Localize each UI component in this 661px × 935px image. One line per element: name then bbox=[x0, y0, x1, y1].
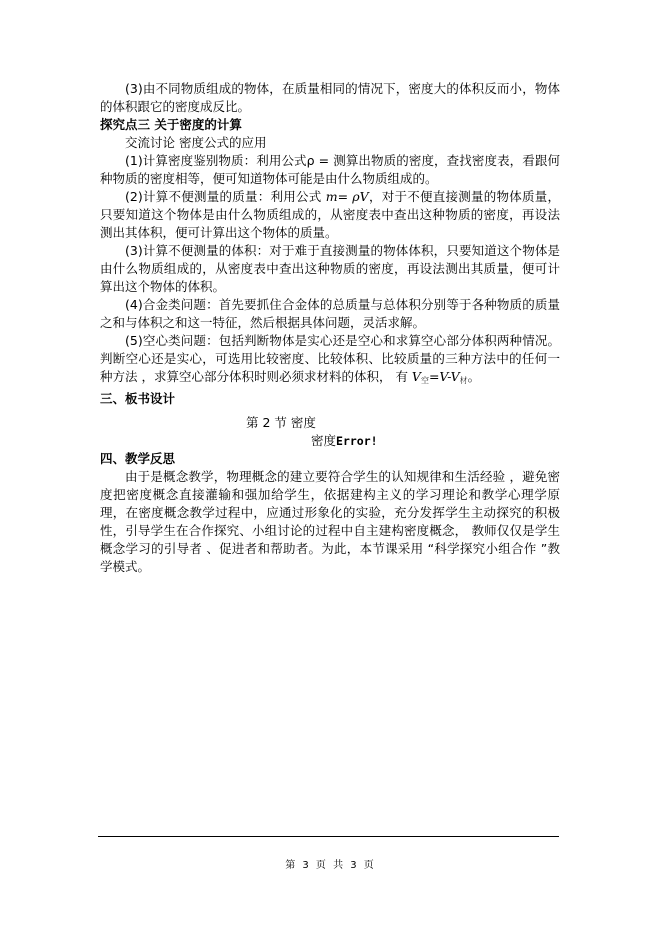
field-error-text: Error! bbox=[336, 434, 378, 448]
formula-v-hollow: V bbox=[412, 369, 421, 384]
formula-mass: m= ρV bbox=[326, 189, 369, 204]
formula-mid: =V-V bbox=[429, 369, 460, 384]
page-content: (3)由不同物质组成的物体，在质量相同的情况下，密度大的体积反而小，物体的体积跟… bbox=[100, 80, 560, 576]
heading-board-design: 三、板书设计 bbox=[100, 390, 560, 408]
heading-explore-point-3: 探究点三 关于密度的计算 bbox=[100, 116, 560, 134]
item-hollow-problem: (5)空心类问题：包括判断物体是实心还是空心和求算空心部分体积两种情况。判断空心… bbox=[100, 332, 560, 390]
item5-prefix: (5)空心类问题：包括判断物体是实心还是空心和求算空心部分体积两种情况。判断空心… bbox=[100, 333, 560, 384]
item-compute-mass: (2)计算不便测量的质量：利用公式 m= ρV，对于不便直接测量的物体质量，只要… bbox=[100, 188, 560, 242]
item-alloy-problem: (4)合金类问题：首先要抓住合金体的总质量与总体积分别等于各种物质的质量之和与体… bbox=[100, 296, 560, 332]
board-line-density: 密度Error! bbox=[100, 432, 560, 450]
formula-sub-material: 材 bbox=[460, 376, 468, 385]
document-page: (3)由不同物质组成的物体，在质量相同的情况下，密度大的体积反而小，物体的体积跟… bbox=[0, 0, 661, 935]
page-number: 第 3 页 共 3 页 bbox=[0, 856, 661, 871]
item5-end: 。 bbox=[468, 369, 481, 384]
footer-divider bbox=[98, 836, 559, 837]
reflection-paragraph: 由于是概念教学，物理概念的建立要符合学生的认知规律和生活经验 ，避免密度把密度概… bbox=[100, 468, 560, 576]
item-identify-substance: (1)计算密度鉴别物质：利用公式ρ = 测算出物质的密度，查找密度表，看跟何种物… bbox=[100, 152, 560, 188]
item-compute-volume: (3)计算不便测量的体积：对于难于直接测量的物体体积，只要知道这个物体是由什么物… bbox=[100, 242, 560, 296]
board-line-section: 第 2 节 密度 bbox=[100, 414, 560, 432]
board-density-label: 密度 bbox=[311, 433, 336, 448]
discussion-title: 交流讨论 密度公式的应用 bbox=[100, 134, 560, 152]
paragraph-density-inverse: (3)由不同物质组成的物体，在质量相同的情况下，密度大的体积反而小，物体的体积跟… bbox=[100, 80, 560, 116]
heading-reflection: 四、教学反思 bbox=[100, 450, 560, 468]
formula-sub-hollow: 空 bbox=[421, 376, 429, 385]
item2-prefix: (2)计算不便测量的质量：利用公式 bbox=[125, 189, 326, 204]
